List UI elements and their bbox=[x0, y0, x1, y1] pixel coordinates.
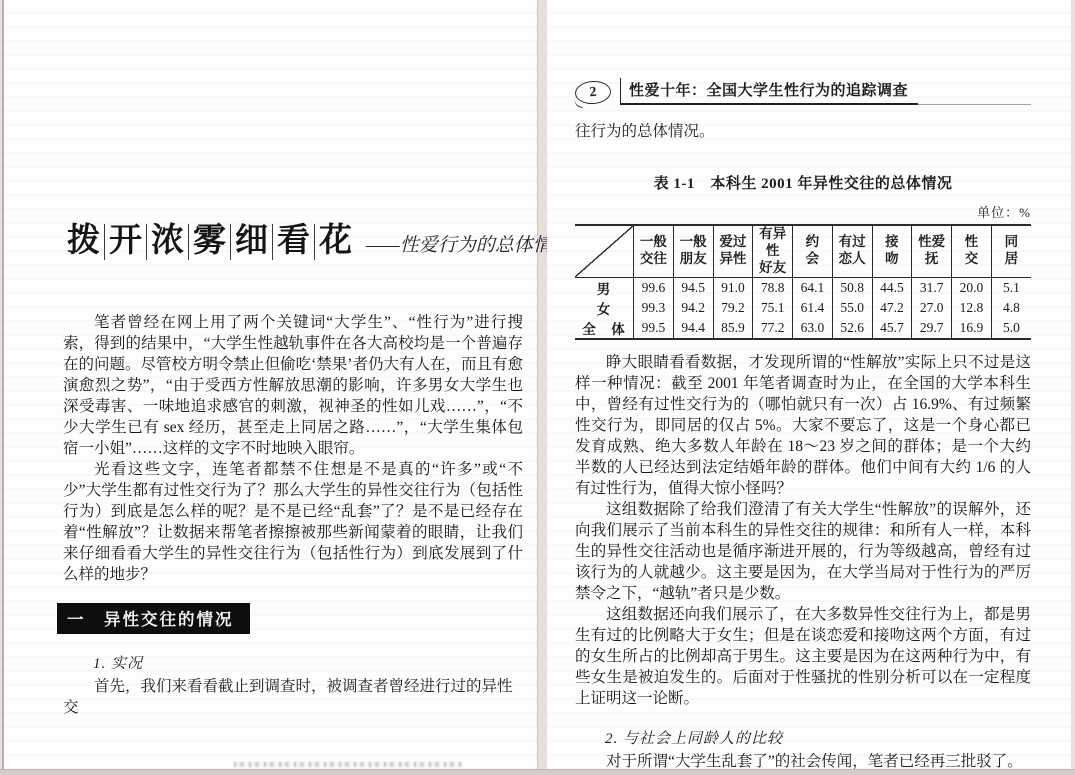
chapter-title-characters: 拨开浓雾细看花 bbox=[63, 224, 356, 260]
data-cell: 77.2 bbox=[753, 318, 793, 339]
body-paragraph: 睁大眼睛看看数据，才发现所谓的“性解放”实际上只不过是这样一种情况：截至 200… bbox=[575, 352, 1031, 499]
column-header: 同 居 bbox=[991, 225, 1031, 277]
diagonal-cell bbox=[575, 225, 634, 277]
data-cell: 52.6 bbox=[832, 318, 872, 339]
row-label: 女 bbox=[575, 298, 634, 318]
data-cell: 45.7 bbox=[872, 318, 912, 339]
continuation-line: 往行为的总体情况。 bbox=[575, 121, 1031, 142]
header-rule bbox=[918, 104, 1031, 105]
data-cell: 29.7 bbox=[912, 318, 952, 339]
chapter-title-char: 开 bbox=[105, 224, 147, 260]
column-header: 有过恋人 bbox=[832, 225, 872, 277]
data-cell: 94.2 bbox=[673, 298, 713, 318]
right-body-paragraphs: 睁大眼睛看看数据，才发现所谓的“性解放”实际上只不过是这样一种情况：截至 200… bbox=[575, 352, 1031, 709]
data-cell: 5.1 bbox=[991, 277, 1031, 298]
data-cell: 99.6 bbox=[634, 277, 674, 298]
data-cell: 20.0 bbox=[952, 277, 992, 298]
column-header: 爱过异性 bbox=[713, 225, 753, 277]
chapter-title-char: 看 bbox=[273, 224, 315, 260]
chapter-title-char: 拨 bbox=[63, 224, 105, 260]
data-cell: 50.8 bbox=[832, 277, 872, 298]
survey-table-body: 男99.694.591.078.864.150.844.531.720.05.1… bbox=[575, 277, 1031, 339]
body-paragraph: 光看这些文字，连笔者都禁不住想是不是真的“许多”或“不少”大学生都有过性交行为了… bbox=[63, 459, 523, 585]
column-header: 一般朋友 bbox=[673, 225, 713, 277]
table-caption: 表 1-1 本科生 2001 年异性交往的总体情况 bbox=[575, 172, 1031, 193]
body-paragraph: 笔者曾经在网上用了两个关键词“大学生”、“性行为”进行搜索，得到的结果中，“大学… bbox=[63, 312, 523, 459]
page-bottom-edge bbox=[0, 769, 1075, 775]
data-cell: 47.2 bbox=[872, 298, 912, 318]
data-cell: 99.3 bbox=[634, 298, 674, 318]
data-cell: 61.4 bbox=[793, 298, 833, 318]
body-paragraph: 这组数据还向我们展示了，在大多数异性交往行为上，都是男生有过的比例略大于女生；但… bbox=[575, 604, 1031, 709]
table-unit-label: 单位：% bbox=[575, 202, 1031, 221]
page-number-badge: 2 bbox=[574, 80, 612, 105]
left-last-line: 首先，我们来看看截止到调查时，被调查者曾经进行过的异性交 bbox=[63, 676, 523, 718]
right-page: 2 性爱十年：全国大学生性行为的追踪调查 往行为的总体情况。 表 1-1 本科生… bbox=[547, 0, 1071, 769]
data-cell: 16.9 bbox=[952, 318, 992, 339]
column-header: 约 会 bbox=[793, 225, 833, 277]
chapter-title-char: 花 bbox=[315, 224, 356, 260]
data-cell: 78.8 bbox=[753, 277, 793, 298]
left-body-paragraphs: 笔者曾经在网上用了两个关键词“大学生”、“性行为”进行搜索，得到的结果中，“大学… bbox=[63, 312, 523, 585]
book-scan: { "page_left": { "chapter_title_chars": … bbox=[0, 0, 1075, 775]
data-cell: 5.0 bbox=[991, 318, 1031, 339]
chapter-title-char: 细 bbox=[231, 224, 273, 260]
data-cell: 85.9 bbox=[713, 318, 753, 339]
row-label: 男 bbox=[575, 277, 634, 298]
column-header: 性爱抚 bbox=[912, 225, 952, 277]
data-cell: 75.1 bbox=[753, 298, 793, 318]
data-cell: 44.5 bbox=[872, 277, 912, 298]
running-title: 性爱十年：全国大学生性行为的追踪调查 bbox=[620, 78, 918, 105]
data-cell: 94.5 bbox=[673, 277, 713, 298]
running-header: 2 性爱十年：全国大学生性行为的追踪调查 bbox=[575, 78, 1031, 105]
section-header-bar: 一 异性交往的情况 bbox=[57, 603, 250, 634]
column-header: 接 吻 bbox=[872, 225, 912, 277]
column-header: 一般交往 bbox=[634, 225, 674, 277]
table-row: 女99.394.279.275.161.455.047.227.012.84.8 bbox=[575, 298, 1031, 318]
data-cell: 55.0 bbox=[832, 298, 872, 318]
data-cell: 31.7 bbox=[912, 277, 952, 298]
column-header: 性 交 bbox=[952, 225, 992, 277]
numbered-subheading-1: 1. 实况 bbox=[63, 652, 523, 673]
survey-table: 一般交往一般朋友爱过异性有异性好友约 会有过恋人接 吻性爱抚性 交同 居 男99… bbox=[575, 224, 1031, 340]
table-row: 全 体99.594.485.977.263.052.645.729.716.95… bbox=[575, 318, 1031, 339]
data-cell: 4.8 bbox=[991, 298, 1031, 318]
data-cell: 27.0 bbox=[912, 298, 952, 318]
chapter-subtitle: ——性爱行为的总体情况 bbox=[366, 230, 571, 260]
row-label: 全 体 bbox=[575, 318, 634, 339]
data-cell: 91.0 bbox=[713, 277, 753, 298]
data-cell: 12.8 bbox=[952, 298, 992, 318]
left-page: 拨开浓雾细看花 ——性爱行为的总体情况 笔者曾经在网上用了两个关键词“大学生”、… bbox=[2, 0, 538, 769]
data-cell: 63.0 bbox=[793, 318, 833, 339]
body-paragraph: 这组数据除了给我们澄清了有关大学生“性解放”的误解外，还向我们展示了当前本科生的… bbox=[575, 499, 1031, 604]
column-header: 有异性好友 bbox=[753, 225, 793, 277]
data-cell: 79.2 bbox=[713, 298, 753, 318]
survey-table-head: 一般交往一般朋友爱过异性有异性好友约 会有过恋人接 吻性爱抚性 交同 居 bbox=[575, 225, 1031, 277]
data-cell: 94.4 bbox=[673, 318, 713, 339]
table-row: 男99.694.591.078.864.150.844.531.720.05.1 bbox=[575, 277, 1031, 298]
data-cell: 99.5 bbox=[634, 318, 674, 339]
chapter-title: 拨开浓雾细看花 ——性爱行为的总体情况 bbox=[63, 224, 523, 260]
scan-artifact bbox=[234, 762, 462, 767]
chapter-title-char: 雾 bbox=[189, 224, 231, 260]
numbered-subheading-2: 2. 与社会上同龄人的比较 bbox=[575, 727, 1031, 748]
chapter-title-char: 浓 bbox=[147, 224, 189, 260]
data-cell: 64.1 bbox=[793, 277, 833, 298]
